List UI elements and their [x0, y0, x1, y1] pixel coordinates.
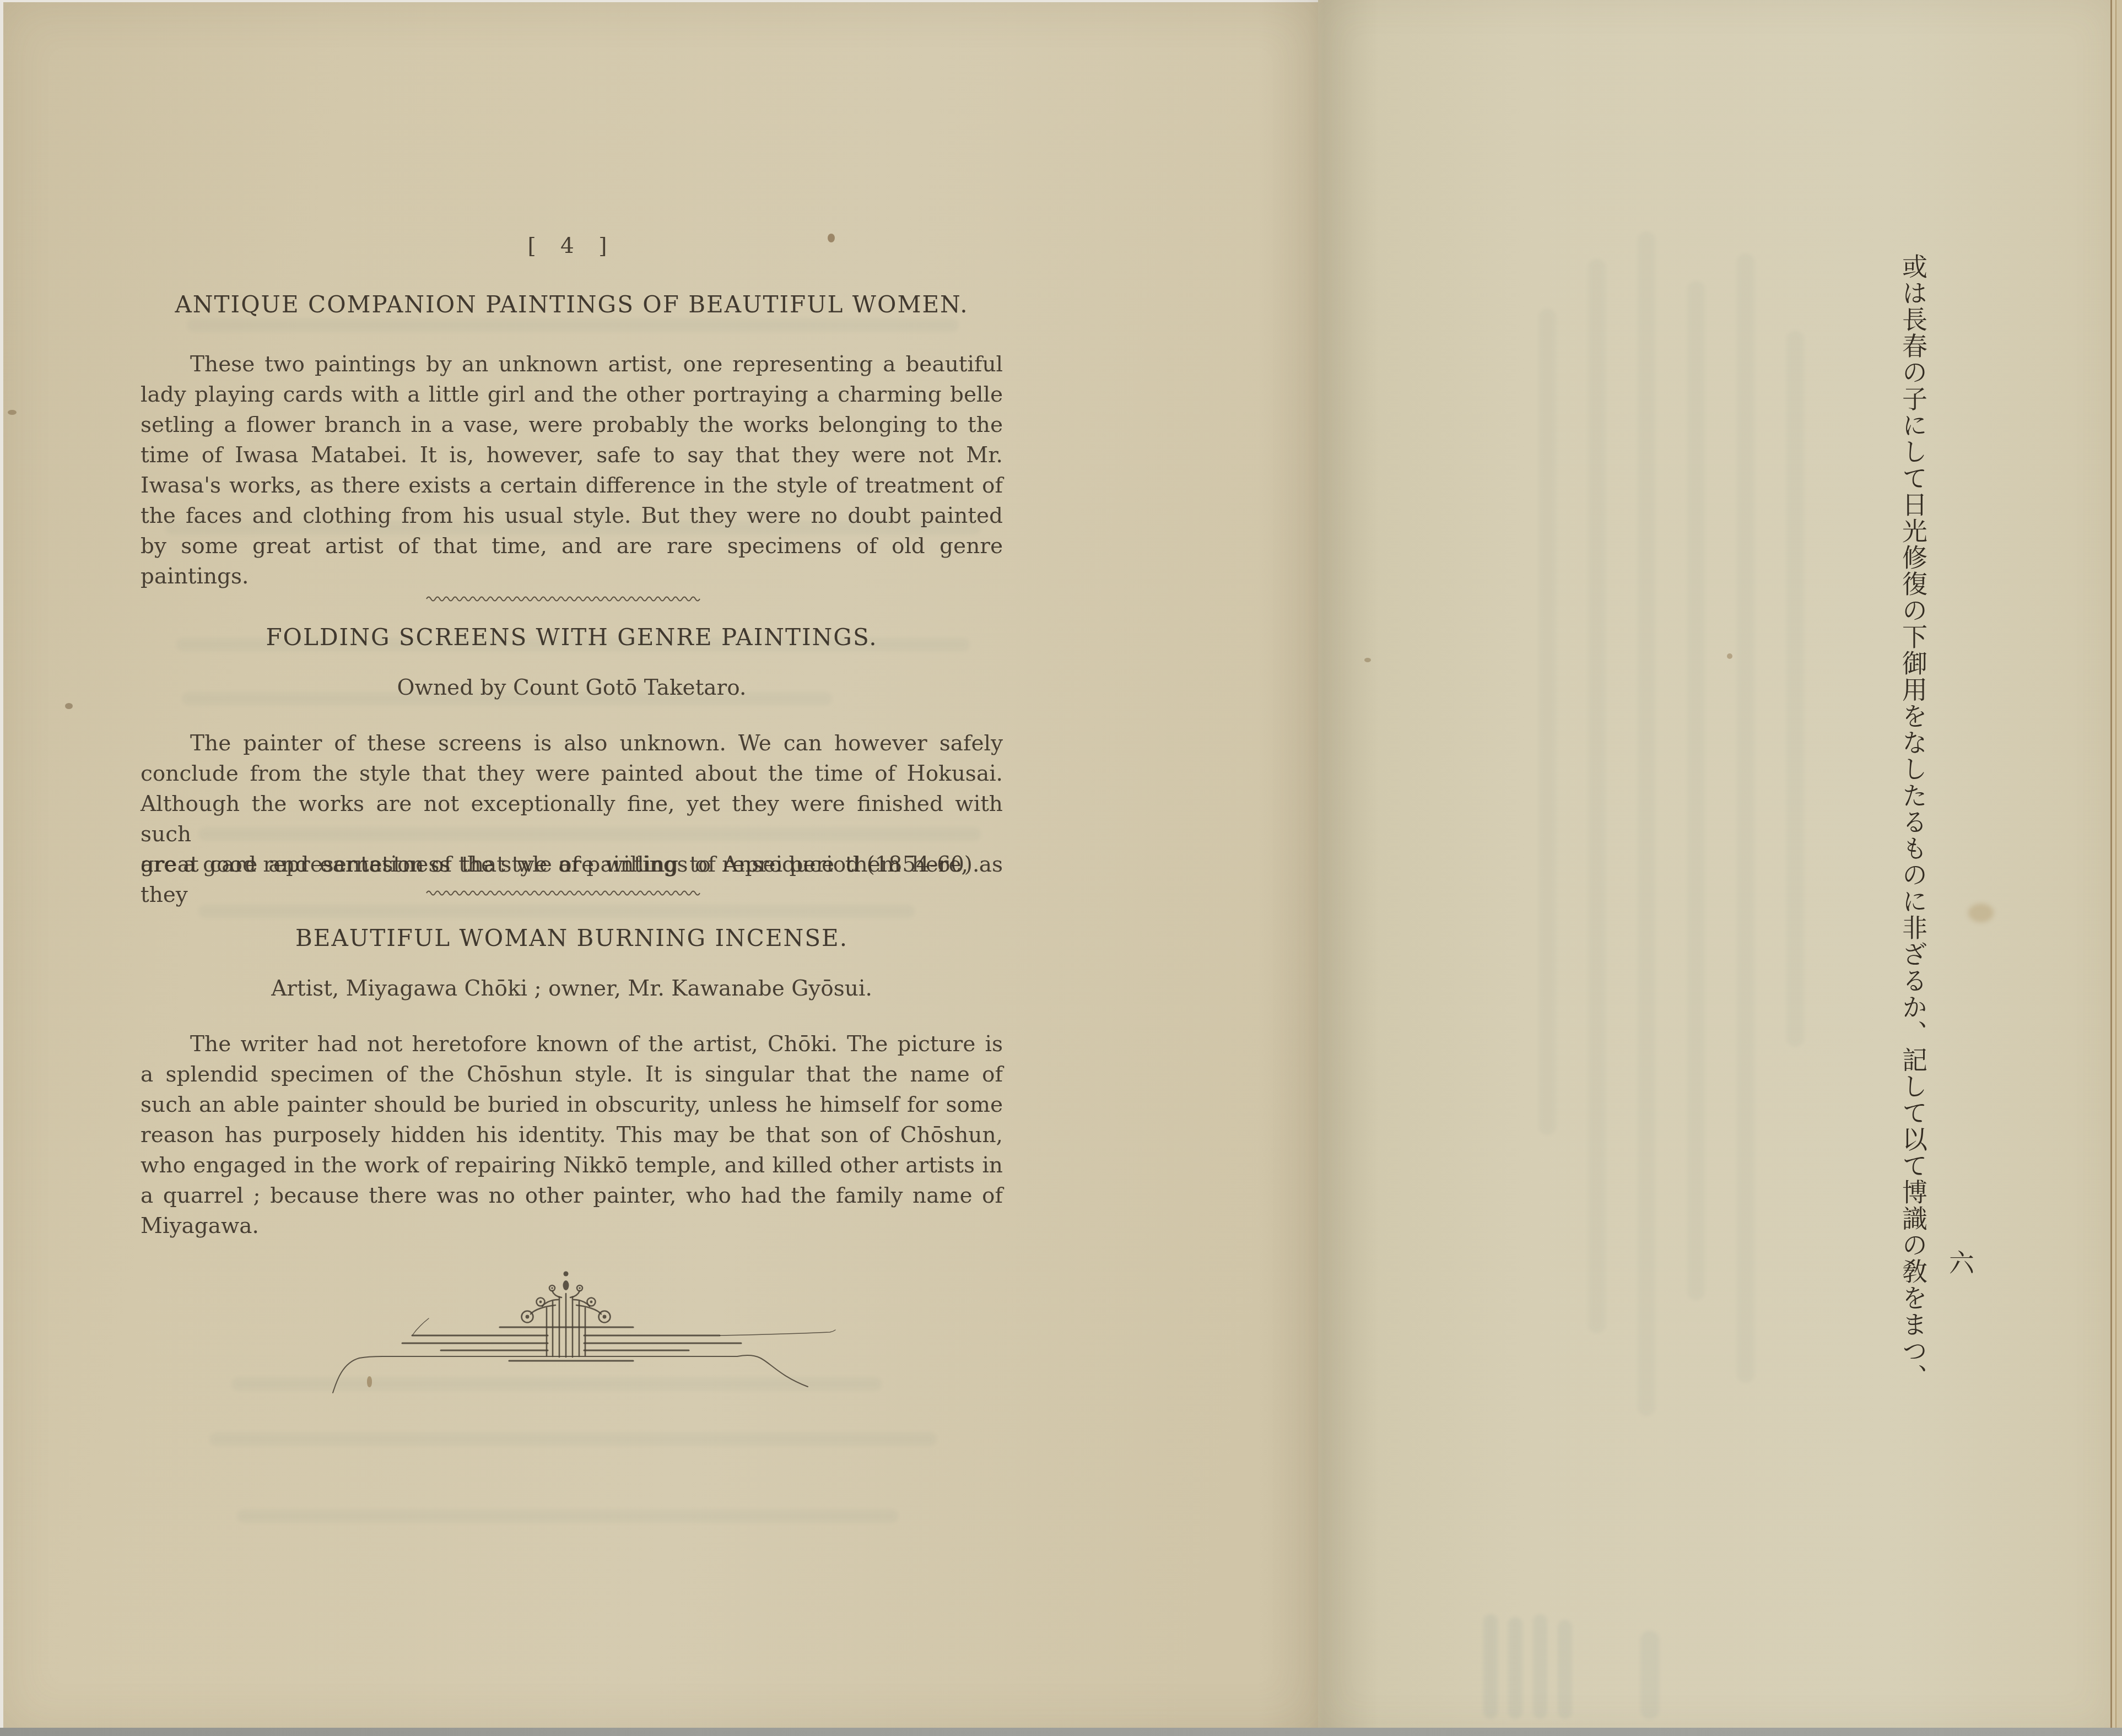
showthrough-ghost: [1508, 1617, 1522, 1719]
right-page: [1318, 0, 2110, 1729]
japanese-folio-number: 六: [1942, 1250, 1978, 1275]
section-heading-2: FOLDING SCREENS WITH GENRE PAINTINGS.: [141, 624, 1003, 651]
vertical-japanese-text: 或は長春の子にして日光修復の下御用をなしたるものに非ざるか、記して以て博識の敎を…: [1894, 253, 1932, 1399]
paper-fleck: [828, 234, 835, 242]
showthrough-ghost: [1737, 253, 1754, 1383]
showthrough-ghost: [1538, 309, 1556, 1135]
paper-fleck: [1364, 658, 1371, 662]
paper-fleck: [1727, 653, 1732, 659]
showthrough-ghost: [1588, 259, 1606, 1333]
section-body-1-last-line: paintings.: [141, 561, 1003, 592]
page-number: [ 4 ]: [141, 234, 1003, 258]
scanner-background-strip: [0, 1728, 2122, 1736]
wavy-divider: [425, 594, 701, 603]
showthrough-ghost: [187, 318, 959, 332]
tailpiece-ornament: [276, 1246, 882, 1439]
section-body-3-last-line: Miyagawa.: [141, 1211, 1003, 1241]
section-body-3: The writer had not heretofore known of t…: [141, 1029, 1003, 1211]
book-spread-scan: { "colors": { "paper_left": "#d3c8ab", "…: [0, 0, 2122, 1736]
page-edge-stack: [2110, 0, 2122, 1729]
section-body-1: These two paintings by an unknown artist…: [141, 349, 1003, 561]
showthrough-ghost: [1687, 281, 1705, 1300]
wavy-divider: [425, 888, 701, 897]
section-body-2-last-line: are a good representation of the style o…: [141, 850, 1003, 880]
section-body-2: The painter of these screens is also unk…: [141, 728, 1003, 910]
section-heading-3: BEAUTIFUL WOMAN BURNING INCENSE.: [141, 924, 1003, 951]
showthrough-ghost: [1640, 1631, 1659, 1719]
paper-fleck: [367, 1376, 372, 1387]
paper-fleck: [65, 703, 73, 709]
paper-fleck: [8, 410, 17, 415]
showthrough-ghost: [1483, 1614, 1498, 1719]
showthrough-ghost: [1786, 331, 1804, 1047]
showthrough-ghost: [1638, 231, 1655, 1416]
section-heading-1: ANTIQUE COMPANION PAINTINGS OF BEAUTIFUL…: [141, 291, 1003, 318]
showthrough-ghost: [237, 1510, 898, 1523]
paper-stain: [1968, 904, 1994, 922]
showthrough-ghost: [1533, 1614, 1547, 1719]
showthrough-ghost: [1558, 1620, 1572, 1719]
section-subheading-3: Artist, Miyagawa Chōki ; owner, Mr. Kawa…: [141, 976, 1003, 1001]
section-subheading-2: Owned by Count Gotō Taketaro.: [141, 675, 1003, 700]
